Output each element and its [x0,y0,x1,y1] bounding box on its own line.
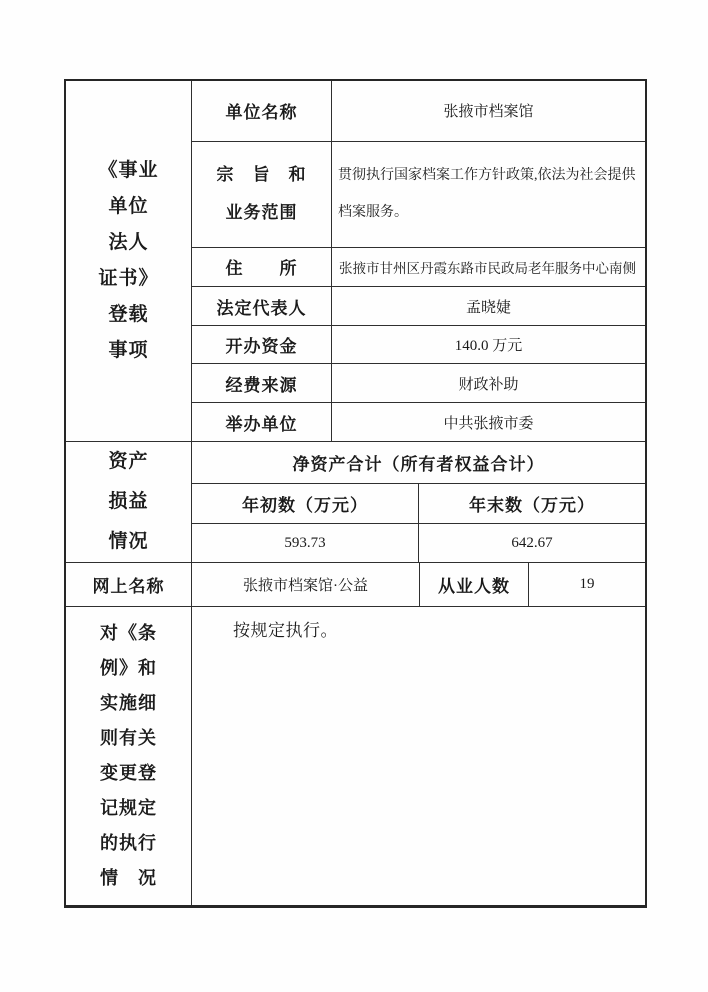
header-line: 变更登 [100,756,157,791]
staff-count-label: 从业人数 [420,563,529,606]
certificate-rows: 单位名称 张掖市档案馆 宗 旨 和 业务范围 贯彻执行国家档案工作方针政策,依法… [192,81,645,441]
staff-count-value: 19 [529,563,645,606]
header-line: 法人 [108,225,148,261]
header-line: 实施细 [100,686,157,721]
row-value: 孟晓婕 [332,287,645,325]
assets-column-headers: 年初数（万元） 年末数（万元） [192,484,645,524]
row-value: 140.0 万元 [332,326,645,363]
row-label: 经费来源 [192,364,332,402]
table-row-unit-name: 单位名称 张掖市档案馆 [192,81,645,142]
header-line: 例》和 [100,651,157,686]
header-line: 《事业 [98,153,158,189]
row-label: 宗 旨 和 业务范围 [192,142,332,247]
begin-of-year-label: 年初数（万元） [192,484,419,523]
online-name-value: 张掖市档案馆·公益 [192,563,420,606]
header-line: 对《条 [100,616,157,651]
header-line: 单位 [108,189,148,225]
row-label: 单位名称 [192,81,332,141]
assets-grid: 净资产合计（所有者权益合计） 年初数（万元） 年末数（万元） 593.73 64… [192,442,645,562]
row-value: 张掖市档案馆 [332,81,645,141]
row-value-line: 档案服务。 [338,194,408,231]
regulation-content: 按规定执行。 [192,607,645,905]
report-table: 《事业 单位 法人 证书》 登载 事项 单位名称 张掖市档案馆 宗 旨 和 业务… [64,79,647,908]
row-label-line: 业务范围 [226,194,298,232]
table-row-initial-capital: 开办资金 140.0 万元 [192,326,645,364]
table-row-mission: 宗 旨 和 业务范围 贯彻执行国家档案工作方针政策,依法为社会提供 档案服务。 [192,142,645,248]
row-label: 住 所 [192,248,332,287]
header-line: 损益 [108,482,148,522]
certificate-section-header: 《事业 单位 法人 证书》 登载 事项 [66,81,192,441]
header-line: 则有关 [100,721,157,756]
end-of-year-value: 642.67 [419,524,645,562]
assets-section-header: 资产 损益 情况 [66,442,192,562]
row-value-line: 贯彻执行国家档案工作方针政策,依法为社会提供 [338,157,636,194]
row-label-line: 宗 旨 和 [217,156,307,194]
table-row-legal-representative: 法定代表人 孟晓婕 [192,287,645,326]
assets-section: 资产 损益 情况 净资产合计（所有者权益合计） 年初数（万元） 年末数（万元） … [66,442,645,563]
row-label: 举办单位 [192,403,332,441]
row-value: 张掖市甘州区丹霞东路市民政局老年服务中心南侧 [332,248,645,287]
table-row-address: 住 所 张掖市甘州区丹霞东路市民政局老年服务中心南侧 [192,248,645,288]
regulation-section: 对《条 例》和 实施细 则有关 变更登 记规定 的执行 情 况 按规定执行。 [66,607,645,905]
certificate-section: 《事业 单位 法人 证书》 登载 事项 单位名称 张掖市档案馆 宗 旨 和 业务… [66,81,645,442]
end-of-year-label: 年末数（万元） [419,484,645,523]
header-line: 登载 [108,297,148,333]
regulation-section-header: 对《条 例》和 实施细 则有关 变更登 记规定 的执行 情 况 [66,607,192,905]
online-name-label: 网上名称 [66,563,192,606]
assets-values: 593.73 642.67 [192,524,645,562]
table-row-funding-source: 经费来源 财政补助 [192,364,645,403]
header-line: 资产 [108,442,148,482]
table-row-sponsor-unit: 举办单位 中共张掖市委 [192,403,645,441]
row-label: 法定代表人 [192,287,332,325]
row-label: 开办资金 [192,326,332,363]
row-value: 中共张掖市委 [332,403,645,441]
header-line: 事项 [108,333,148,369]
row-value: 贯彻执行国家档案工作方针政策,依法为社会提供 档案服务。 [332,142,645,247]
header-line: 情 况 [100,861,157,896]
document-page: 《事业 单位 法人 证书》 登载 事项 单位名称 张掖市档案馆 宗 旨 和 业务… [0,0,708,992]
header-line: 证书》 [98,261,158,297]
header-line: 情况 [108,522,148,562]
begin-of-year-value: 593.73 [192,524,419,562]
net-assets-title: 净资产合计（所有者权益合计） [192,442,645,484]
row-value: 财政补助 [332,364,645,402]
header-line: 记规定 [100,791,157,826]
online-name-row: 网上名称 张掖市档案馆·公益 从业人数 19 [66,563,645,607]
header-line: 的执行 [100,826,157,861]
